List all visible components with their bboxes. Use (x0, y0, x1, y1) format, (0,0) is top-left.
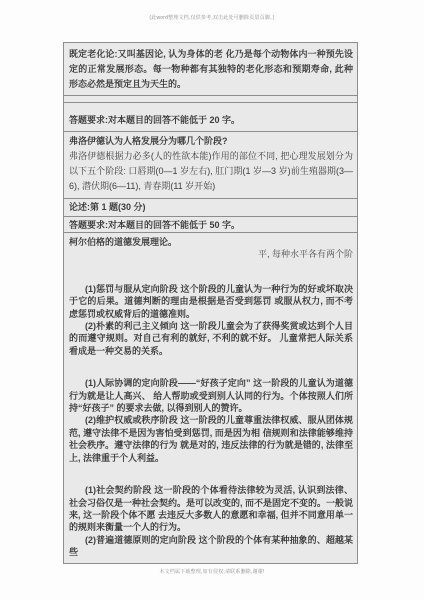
header-watermark: (此word整理文档,仅供参考,双击此处可删除页眉页脚。) (0, 15, 424, 22)
freud-question-cell: 弗洛伊德认为人格发展分为哪几个阶段? 弗洛伊德根据力必多(人的性欲本能)作用的部… (64, 132, 357, 199)
paragraph-gap (69, 261, 353, 283)
document-page: { "page": { "header_note": "(此word整理文档,仅… (0, 0, 424, 600)
kohlberg-paragraph: (1)社会契约阶段 这一阶段的个体看待法律较为灵活, 认识到法律、社会习俗仅是一… (69, 484, 353, 534)
answer-requirement-50-cell: 答题要求:对本题目的回答不能低于 50 字。 (64, 217, 357, 233)
paragraph-gap (69, 357, 353, 377)
kohlberg-paragraph: (1)惩罚与服从定向阶段 这个阶段的儿童认为一种行为的好或坏取决于它的后果。道德… (69, 283, 353, 320)
kohlberg-paragraph: (1)人际协调的定向阶段——“好孩子定向” 这一阶段的儿童认为道德行为就是让人高… (69, 377, 353, 414)
kohlberg-paragraph: (2)维护权威或秩序阶段 这一阶段的儿童尊重法律权威、服从团体规范, 遵守法律不… (69, 414, 353, 464)
exam-table: 既定老化论:又叫基因论, 认为身体的老 化乃是每个动物体内一种预先设定的正常发展… (63, 42, 358, 564)
footer-watermark: 本文档属下载整理,如有侵权,请联系删除,谢谢! (0, 569, 424, 576)
empty-spacer-row (64, 96, 357, 103)
essay-heading-cell: 论述:第 1 题(30 分) (64, 199, 357, 217)
answer-requirement-20-cell: 答题要求:对本题目的回答不能低于 20 字。 (64, 103, 357, 132)
freud-question-text: 弗洛伊德认为人格发展分为哪几个阶段? (69, 134, 353, 149)
aging-definition-cell: 既定老化论:又叫基因论, 认为身体的老 化乃是每个动物体内一种预先设定的正常发展… (64, 43, 357, 96)
kohlberg-paragraph: (2)普遍道德原则的定向阶段 这个阶段的个体有某种抽象的、超越某些 (69, 534, 353, 559)
kohlberg-paragraph: (2)朴素的利己主义倾向 这一阶段儿童会为了获得奖赏或达到个人目的而遵守规则。对… (69, 320, 353, 357)
paragraph-gap (69, 464, 353, 484)
freud-answer-text: 弗洛伊德根据力必多(人的性欲本能)作用的部位不同, 把心理发展划分为以下五个阶段… (69, 149, 353, 194)
kohlberg-heading: 柯尔伯格的道德发展理论。 (69, 236, 353, 248)
kohlberg-note-right: 平, 每种水平各有两个阶 (69, 248, 353, 260)
kohlberg-theory-cell: 柯尔伯格的道德发展理论。 平, 每种水平各有两个阶 (1)惩罚与服从定向阶段 这… (64, 233, 357, 563)
